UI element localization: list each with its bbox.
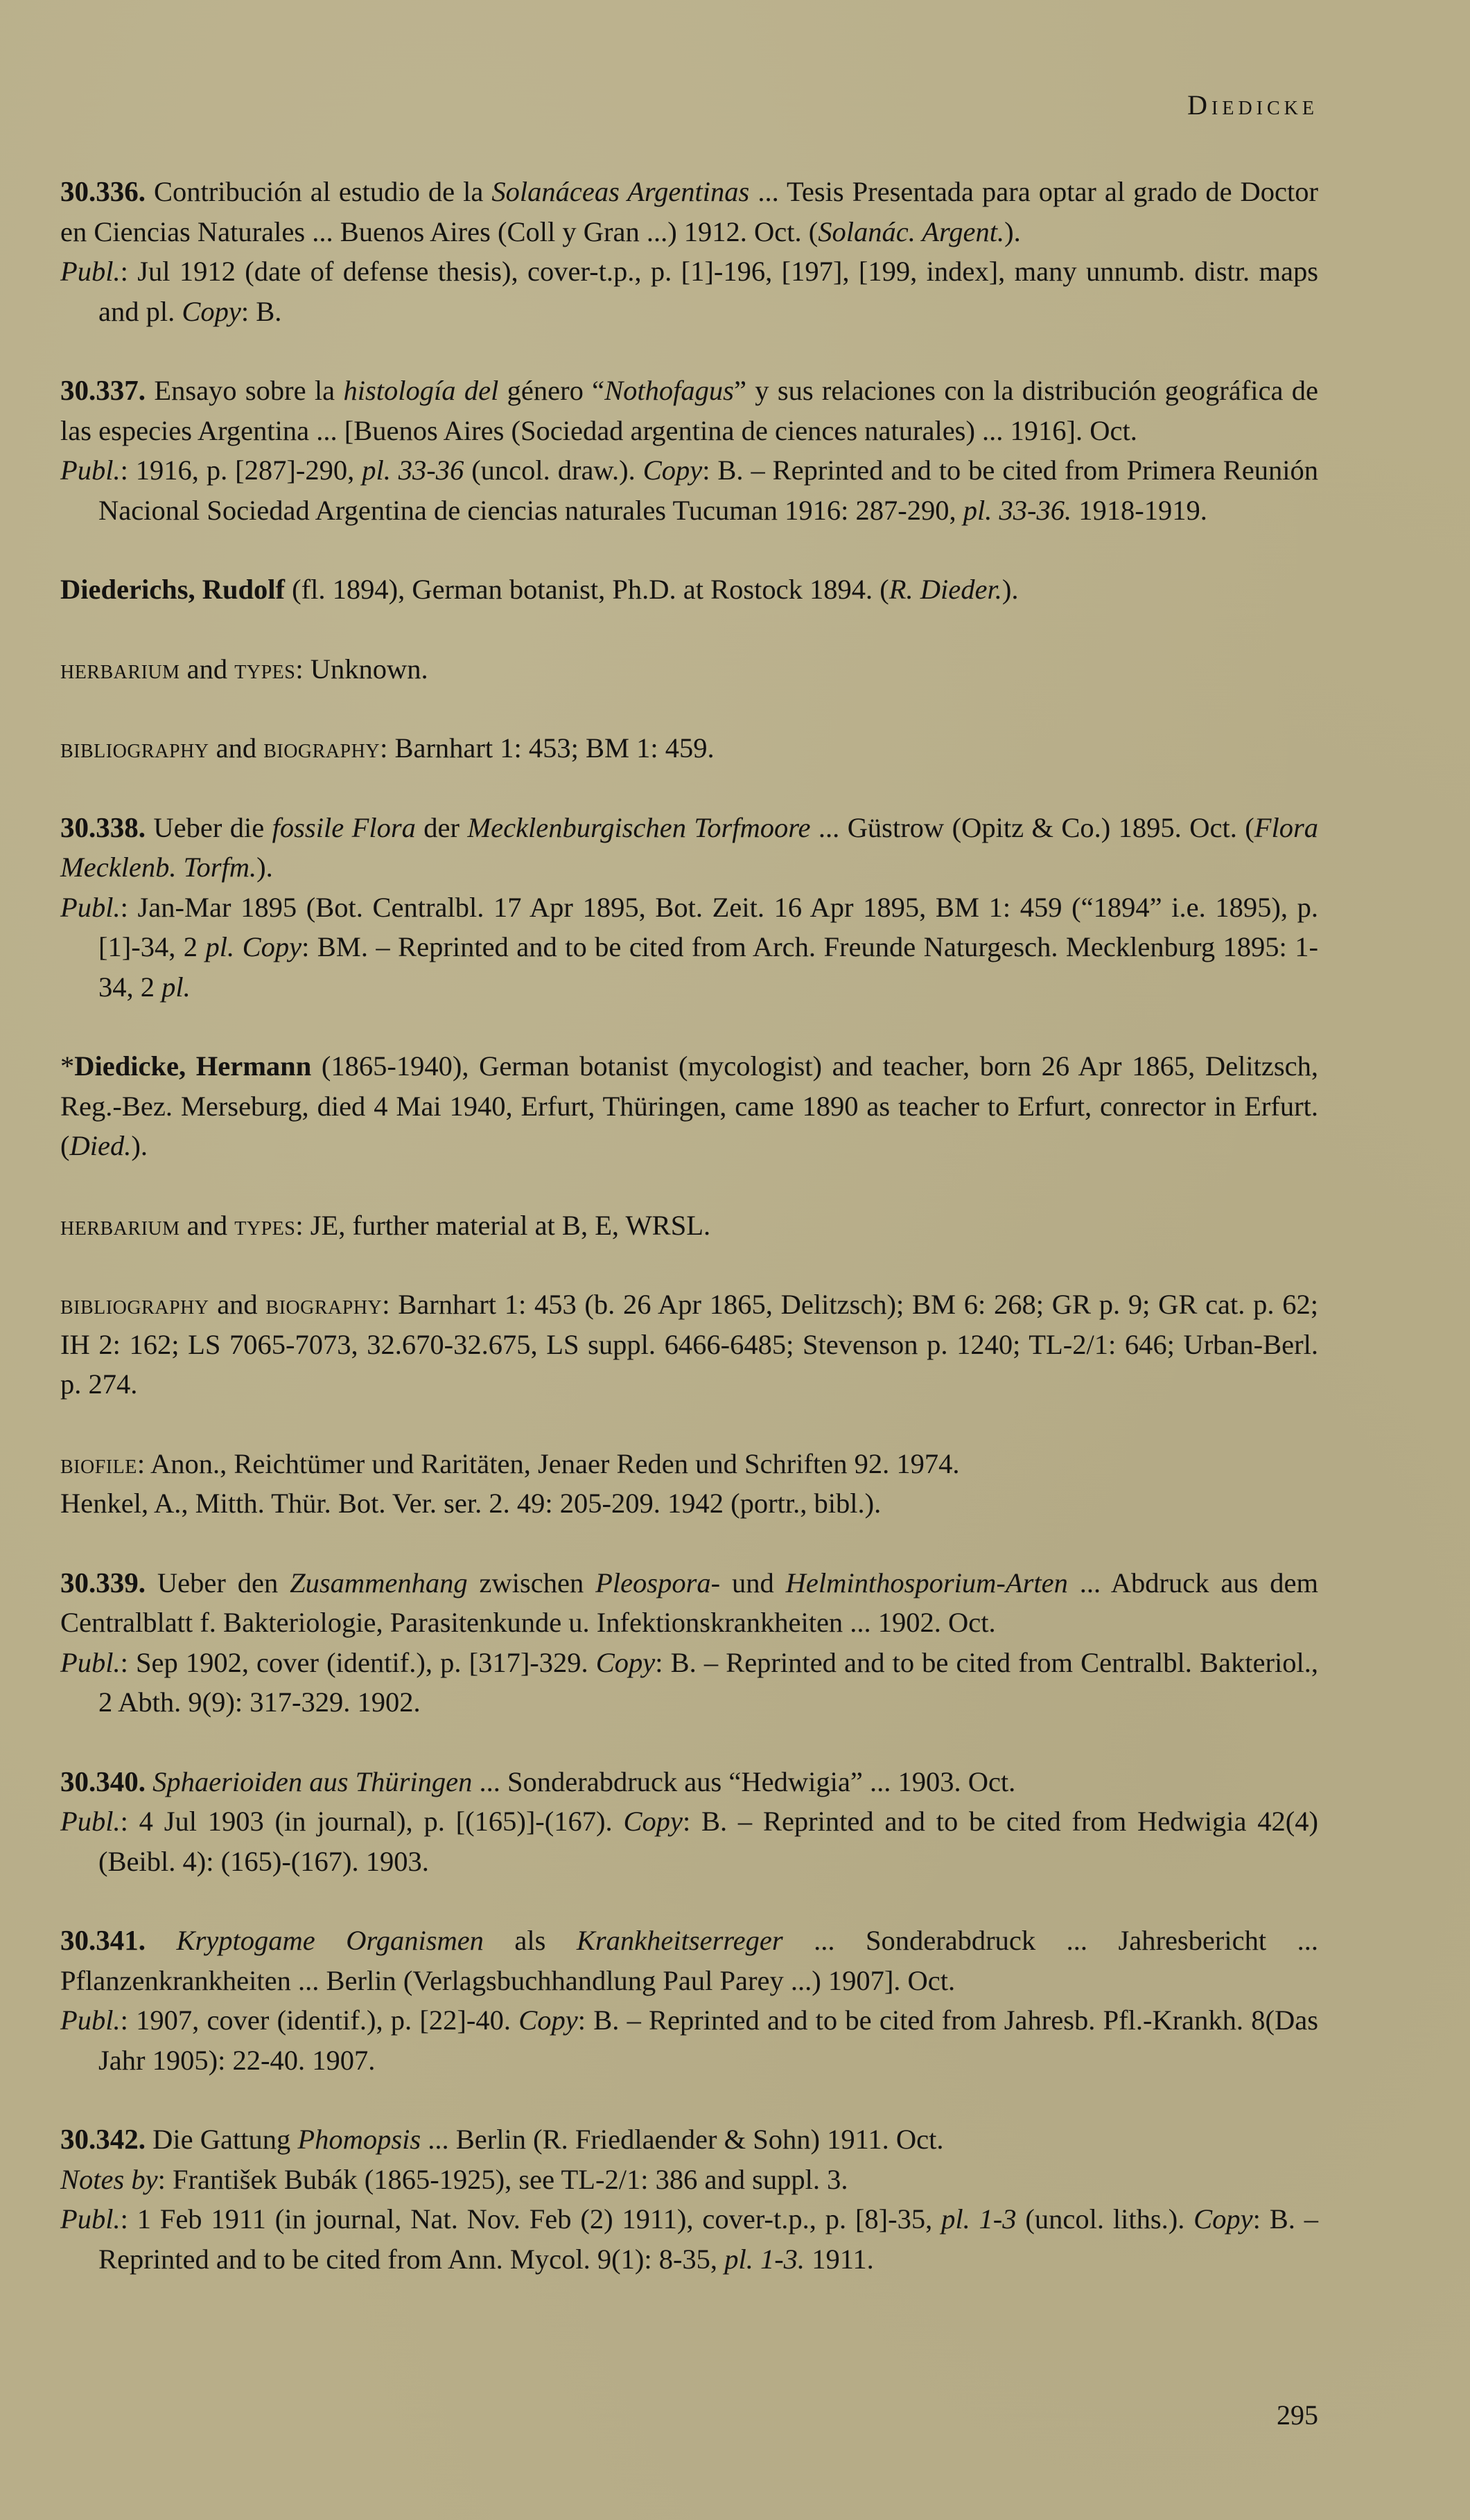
biofile-diedicke: biofile: Anon., Reichtümer und Raritäten…: [60, 1444, 1318, 1524]
title-abbrev: Solanác. Argent.: [818, 216, 1004, 247]
section-label: :: [380, 732, 394, 764]
author-diederichs: Diederichs, Rudolf (fl. 1894), German bo…: [60, 570, 1318, 610]
entry-title: 30.338. Ueber die fossile Flora der Meck…: [60, 808, 1318, 888]
entry-number: 30.340.: [60, 1765, 146, 1797]
entry-title: 30.337. Ensayo sobre la histología del g…: [60, 371, 1318, 450]
entry-30-342: 30.342. Die Gattung Phomopsis ... Berlin…: [60, 2120, 1318, 2279]
section-label: :: [295, 653, 310, 685]
publ-text: 1918-1919.: [1071, 495, 1207, 526]
biofile-label: biofile: [60, 1448, 137, 1479]
entry-number: 30.336.: [60, 175, 146, 207]
publication-details: Publ.: Jul 1912 (date of defense thesis)…: [60, 252, 1318, 331]
publ-italic: pl.: [161, 971, 191, 1003]
author-details: (fl. 1894), German botanist, Ph.D. at Ro…: [285, 574, 889, 605]
title-text: Ensayo sobre la: [146, 375, 344, 406]
publ-label: Publ.: [60, 455, 121, 486]
copy-label: Copy: [643, 455, 703, 486]
section-text: Barnhart 1: 453; BM 1: 459.: [394, 732, 714, 764]
title-italic: Krankheitserreger: [577, 1925, 783, 1956]
section-text: Unknown.: [310, 653, 428, 685]
title-text: ... Sonderabdruck aus “Hedwigia” ... 190…: [472, 1766, 1015, 1797]
publ-text: : 1916, p. [287]-290,: [121, 455, 362, 486]
title-italic: Helminthosporium-Arten: [786, 1567, 1068, 1598]
author-heading: *Diedicke, Hermann (1865-1940), German b…: [60, 1046, 1318, 1166]
title-italic: Mecklenburgischen Torfmoore: [467, 812, 810, 843]
publ-text: : Sep 1902, cover (identif.), p. [317]-3…: [121, 1647, 596, 1678]
entry-title: 30.341. Kryptogame Organismen als Krankh…: [60, 1921, 1318, 2000]
title-italic: histología del: [344, 375, 499, 406]
publication-details: Publ.: 1907, cover (identif.), p. [22]-4…: [60, 2000, 1318, 2080]
author-details: ).: [1002, 574, 1019, 605]
herbarium-types-diedicke: herbarium and types: JE, further materia…: [60, 1206, 1318, 1246]
section-label: herbarium: [60, 1210, 180, 1241]
author-abbrev: R. Dieder.: [889, 574, 1002, 605]
copy-label: Copy: [243, 931, 302, 962]
section-label: biography: [263, 732, 380, 764]
publ-text: : 1 Feb 1911 (in journal, Nat. Nov. Feb …: [121, 2203, 941, 2235]
copy-label: Copy: [518, 2004, 578, 2036]
copy-label: Copy: [623, 1806, 683, 1837]
author-name: Diederichs, Rudolf: [60, 574, 285, 605]
title-text: género “: [498, 375, 604, 406]
bibliography-diederichs: bibliography and biography: Barnhart 1: …: [60, 728, 1318, 768]
entry-title: 30.340. Sphaerioiden aus Thüringen ... S…: [60, 1762, 1318, 1802]
publ-label: Publ.: [60, 2203, 121, 2235]
publication-details: Publ.: 1 Feb 1911 (in journal, Nat. Nov.…: [60, 2199, 1318, 2279]
section-line: bibliography and biography: Barnhart 1: …: [60, 728, 1318, 768]
section-label: :: [382, 1289, 398, 1320]
page-number: 295: [1277, 2399, 1318, 2431]
title-text: der: [416, 812, 468, 843]
section-line: herbarium and types: Unknown.: [60, 649, 1318, 689]
publ-label: Publ.: [60, 2004, 121, 2036]
title-italic: Phomopsis: [297, 2124, 421, 2155]
publ-label: Publ.: [60, 256, 121, 287]
title-text: [146, 1766, 152, 1797]
biofile-reference: Anon., Reichtümer und Raritäten, Jenaer …: [150, 1448, 959, 1479]
section-label: :: [295, 1210, 310, 1241]
section-text: JE, further material at B, E, WRSL.: [310, 1210, 710, 1241]
publ-text: : 1907, cover (identif.), p. [22]-40.: [121, 2004, 519, 2036]
publ-text: : 4 Jul 1903 (in journal), p. [(165)]-(1…: [121, 1806, 624, 1837]
entry-30-338: 30.338. Ueber die fossile Flora der Meck…: [60, 808, 1318, 1007]
title-text: als: [484, 1925, 577, 1956]
author-details: ).: [131, 1130, 148, 1161]
publ-italic: pl. 1-3.: [724, 2244, 805, 2275]
title-italic: Sphaerioiden aus Thüringen: [152, 1766, 472, 1797]
biofile-line: Henkel, A., Mitth. Thür. Bot. Ver. ser. …: [60, 1483, 1318, 1524]
publ-text: (uncol. liths.).: [1017, 2203, 1194, 2235]
entry-number: 30.337.: [60, 374, 146, 406]
notes-line: Notes by: František Bubák (1865-1925), s…: [60, 2160, 1318, 2200]
section-label: herbarium: [60, 653, 180, 685]
copy-label: Copy: [596, 1647, 656, 1678]
title-italic: fossile Flora: [272, 812, 416, 843]
publ-italic: pl.: [206, 931, 235, 962]
title-text: ).: [256, 852, 273, 883]
entry-30-339: 30.339. Ueber den Zusammenhang zwischen …: [60, 1563, 1318, 1722]
section-line: bibliography and biography: Barnhart 1: …: [60, 1285, 1318, 1404]
title-text: - und: [711, 1567, 786, 1598]
title-text: ... Güstrow (Opitz & Co.) 1895. Oct. (: [810, 812, 1254, 843]
notes-label: Notes by: [60, 2164, 158, 2195]
section-label: and: [209, 732, 263, 764]
notes-text: : František Bubák (1865-1925), see TL-2/…: [158, 2164, 848, 2195]
section-label: types: [234, 1210, 295, 1241]
publ-text: (uncol. draw.).: [464, 455, 642, 486]
copy-text: : B.: [241, 296, 282, 327]
biofile-reference: Henkel, A., Mitth. Thür. Bot. Ver. ser. …: [60, 1488, 881, 1519]
running-head: Diedicke: [1187, 89, 1318, 121]
title-italic: Nothofagus: [604, 375, 734, 406]
title-italic: Kryptogame Organismen: [176, 1925, 483, 1956]
section-label: and: [180, 653, 235, 685]
publ-text: 1911.: [805, 2244, 874, 2275]
section-label: and: [180, 1210, 235, 1241]
publ-label: Publ.: [60, 1806, 121, 1837]
title-text: zwischen: [468, 1567, 595, 1598]
author-name: Diedicke, Hermann: [74, 1050, 311, 1082]
title-text: Contribución al estudio de la: [146, 176, 491, 207]
title-italic: Zusammenhang: [290, 1567, 468, 1598]
page-content: 30.336. Contribución al estudio de la So…: [60, 172, 1318, 2318]
herbarium-types-diederichs: herbarium and types: Unknown.: [60, 649, 1318, 689]
section-label: biography: [265, 1289, 382, 1320]
entry-number: 30.342.: [60, 2123, 146, 2155]
copy-label: Copy: [182, 296, 241, 327]
bibliography-diedicke: bibliography and biography: Barnhart 1: …: [60, 1285, 1318, 1404]
entry-title: 30.342. Die Gattung Phomopsis ... Berlin…: [60, 2120, 1318, 2160]
author-abbrev: Died.: [70, 1130, 132, 1161]
section-label: types: [234, 653, 295, 685]
entry-number: 30.341.: [60, 1924, 146, 1956]
title-text: Ueber den: [146, 1567, 290, 1598]
publ-label: Publ.: [60, 892, 121, 923]
author-heading: Diederichs, Rudolf (fl. 1894), German bo…: [60, 570, 1318, 610]
publication-details: Publ.: 1916, p. [287]-290, pl. 33-36 (un…: [60, 450, 1318, 530]
section-label: bibliography: [60, 732, 209, 764]
entry-30-341: 30.341. Kryptogame Organismen als Krankh…: [60, 1921, 1318, 2080]
entry-30-336: 30.336. Contribución al estudio de la So…: [60, 172, 1318, 331]
publication-details: Publ.: Jan-Mar 1895 (Bot. Centralbl. 17 …: [60, 888, 1318, 1007]
asterisk-marker: *: [60, 1050, 74, 1082]
publ-italic: pl. 1-3: [941, 2203, 1016, 2235]
publication-details: Publ.: 4 Jul 1903 (in journal), p. [(165…: [60, 1801, 1318, 1881]
biofile-colon: :: [137, 1448, 150, 1479]
publ-text: [234, 931, 242, 962]
title-text: [146, 1925, 176, 1956]
copy-label: Copy: [1193, 2203, 1253, 2235]
publication-details: Publ.: Sep 1902, cover (identif.), p. [3…: [60, 1643, 1318, 1722]
section-label: and: [209, 1289, 265, 1320]
title-text: ... Berlin (R. Friedlaender & Sohn) 1911…: [421, 2124, 943, 2155]
section-label: bibliography: [60, 1289, 209, 1320]
entry-title: 30.339. Ueber den Zusammenhang zwischen …: [60, 1563, 1318, 1643]
entry-30-337: 30.337. Ensayo sobre la histología del g…: [60, 371, 1318, 530]
title-italic: Pleospora: [595, 1567, 711, 1598]
title-text: Ueber die: [146, 812, 272, 843]
title-italic: Solanáceas Argentinas: [491, 176, 749, 207]
entry-number: 30.339.: [60, 1567, 146, 1598]
entry-title: 30.336. Contribución al estudio de la So…: [60, 172, 1318, 252]
entry-30-340: 30.340. Sphaerioiden aus Thüringen ... S…: [60, 1762, 1318, 1882]
title-text: Die Gattung: [146, 2124, 297, 2155]
biofile-line: biofile: Anon., Reichtümer und Raritäten…: [60, 1444, 1318, 1484]
title-text: ).: [1004, 216, 1021, 247]
section-line: herbarium and types: JE, further materia…: [60, 1206, 1318, 1246]
entry-number: 30.338.: [60, 811, 146, 843]
publ-italic: pl. 33-36: [362, 455, 464, 486]
publ-label: Publ.: [60, 1647, 121, 1678]
publ-italic: pl. 33-36.: [963, 495, 1071, 526]
author-diedicke: *Diedicke, Hermann (1865-1940), German b…: [60, 1046, 1318, 1166]
